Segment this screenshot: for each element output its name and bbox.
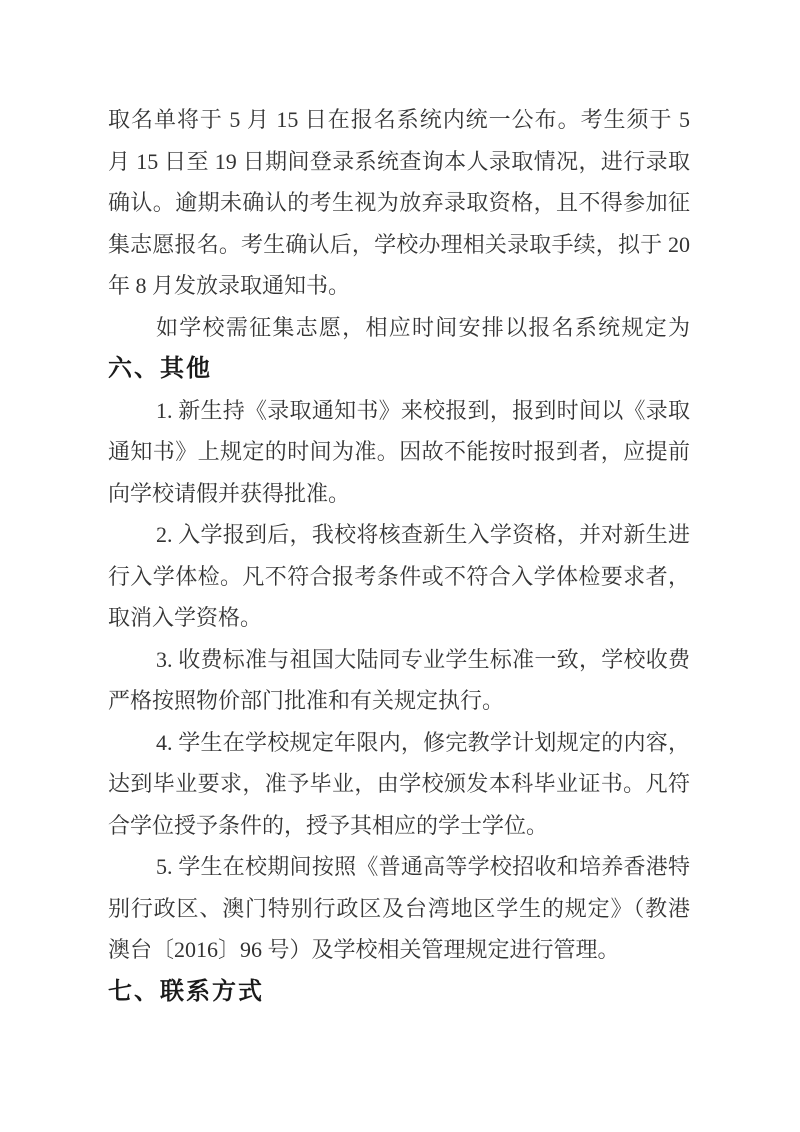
body-line-20: 澳台〔2016〕96 号）及学校相关管理规定进行管理。 [108,929,690,971]
body-line-3: 确认。逾期未确认的考生视为放弃录取资格，且不得参加征 [108,182,690,224]
body-line-12: 取消入学资格。 [108,597,690,639]
document-page: 取名单将于 5 月 15 日在报名系统内统一公布。考生须于 5月 15 日至 1… [0,0,800,1132]
body-line-17: 合学位授予条件的，授予其相应的学士学位。 [108,805,690,847]
body-line-1: 取名单将于 5 月 15 日在报名系统内统一公布。考生须于 5 [108,99,690,141]
heading-section-6: 六、其他 [108,348,690,390]
body-line-13: 3. 收费标准与祖国大陆同专业学生标准一致，学校收费 [108,639,690,681]
body-line-5: 年 8 月发放录取通知书。 [108,265,690,307]
body-line-19: 别行政区、澳门特别行政区及台湾地区学生的规定》（教港 [108,888,690,930]
body-line-15: 4. 学生在学校规定年限内，修完教学计划规定的内容， [108,722,690,764]
body-line-2: 月 15 日至 19 日期间登录系统查询本人录取情况，进行录取 [108,141,690,183]
body-line-6: 如学校需征集志愿，相应时间安排以报名系统规定为准。 [108,307,690,349]
body-line-10: 2. 入学报到后，我校将核查新生入学资格，并对新生进 [108,514,690,556]
body-line-4: 集志愿报名。考生确认后，学校办理相关录取手续，拟于 2026 [108,224,690,266]
body-line-11: 行入学体检。凡不符合报考条件或不符合入学体检要求者， [108,556,690,598]
body-line-8: 通知书》上规定的时间为准。因故不能按时报到者，应提前 [108,431,690,473]
body-line-9: 向学校请假并获得批准。 [108,473,690,515]
body-line-16: 达到毕业要求，准予毕业，由学校颁发本科毕业证书。凡符 [108,763,690,805]
body-line-18: 5. 学生在校期间按照《普通高等学校招收和培养香港特 [108,846,690,888]
body-line-14: 严格按照物价部门批准和有关规定执行。 [108,680,690,722]
heading-section-7: 七、联系方式 [108,971,690,1013]
document-text-block: 取名单将于 5 月 15 日在报名系统内统一公布。考生须于 5月 15 日至 1… [108,99,690,1012]
body-line-7: 1. 新生持《录取通知书》来校报到，报到时间以《录取 [108,390,690,432]
